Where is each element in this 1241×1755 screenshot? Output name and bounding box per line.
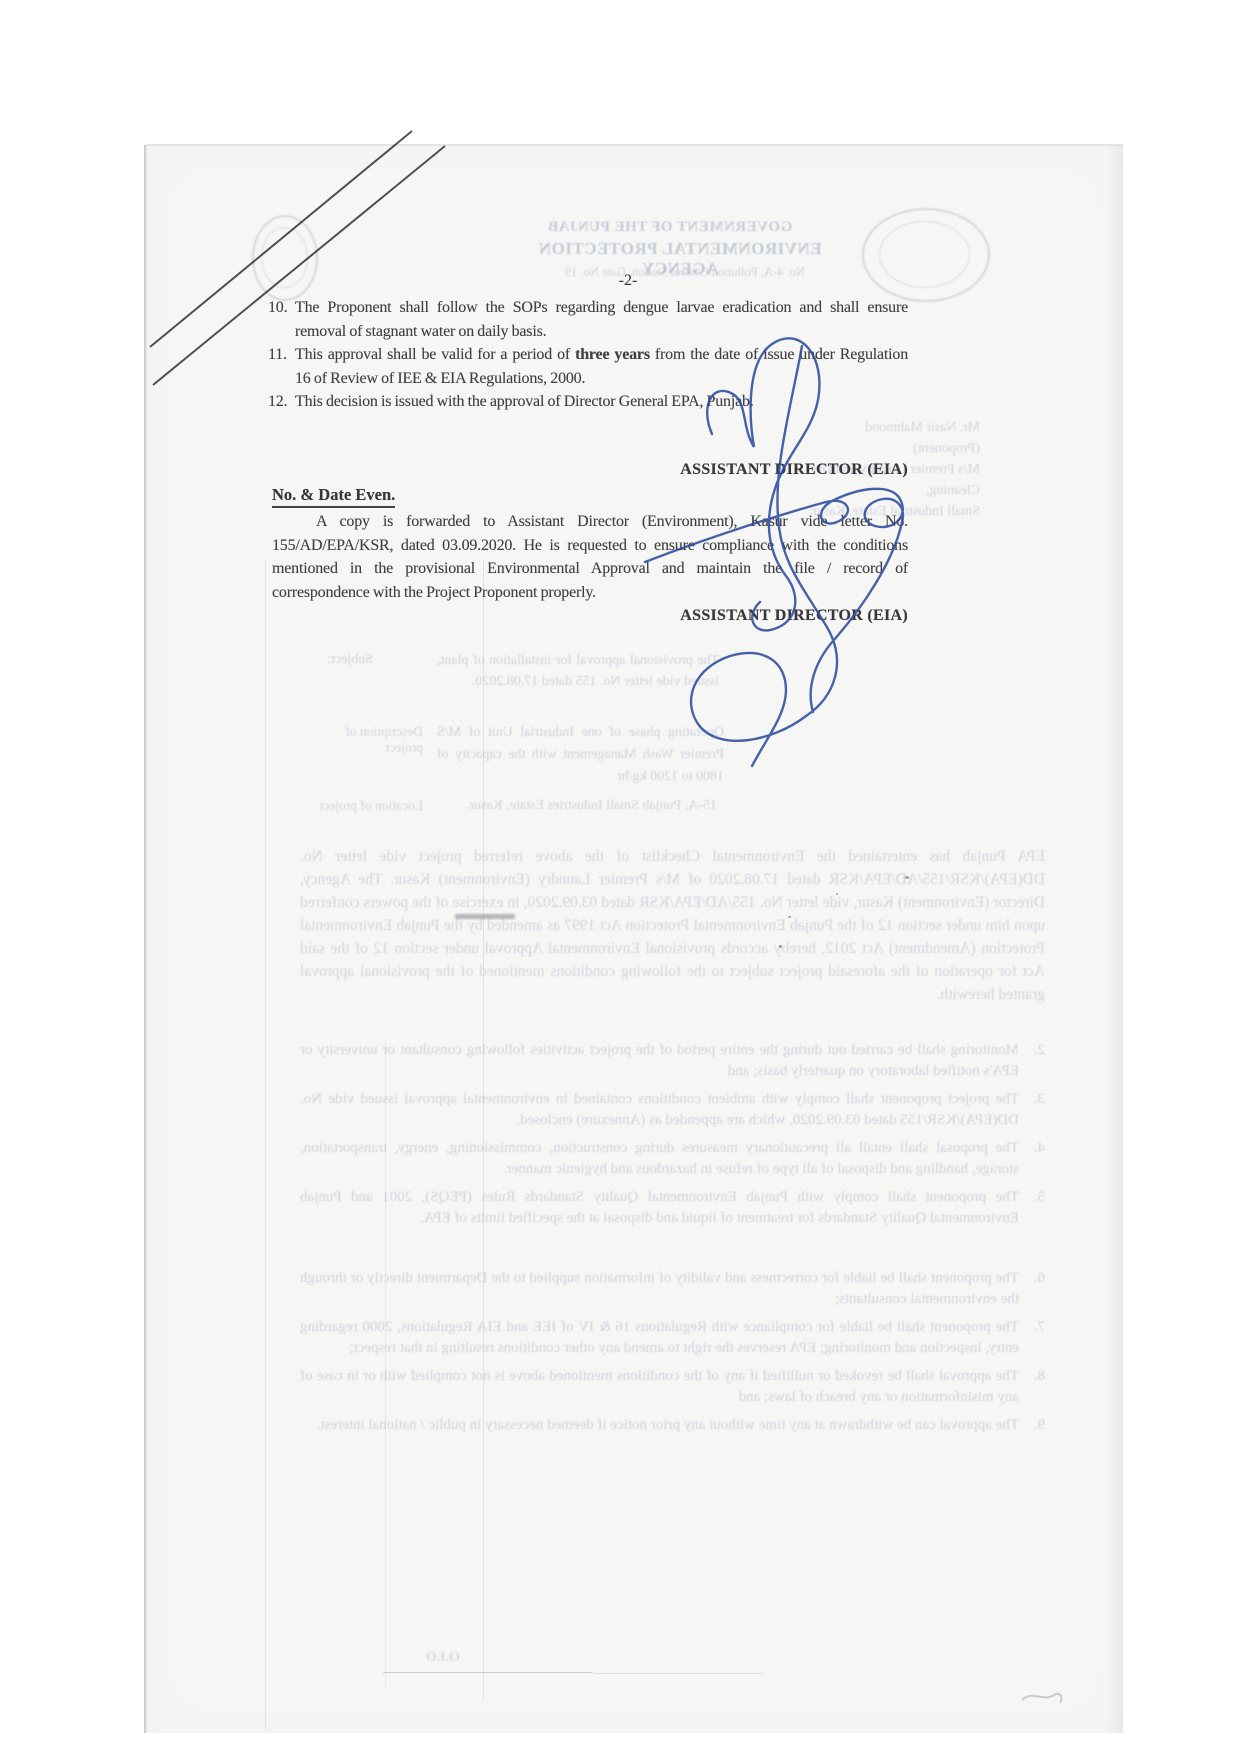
fold-crease-horizontal: [593, 1673, 763, 1674]
condition-text-line: This approval shall be valid for a perio…: [295, 343, 908, 367]
forwarding-paragraph: A copy is forwarded to Assistant Directo…: [272, 510, 908, 604]
bleed-list-item: 9. The approval can be withdrawn at any …: [300, 1415, 1045, 1436]
bleed-list-item: 4. The proposal shall entail all precaut…: [300, 1138, 1045, 1180]
condition-item-11: 11. This approval shall be valid for a p…: [268, 343, 908, 390]
bleed-header-line1: GOVERNMENT OF THE PUNJAB: [540, 219, 800, 236]
scan-speck: [905, 876, 909, 879]
paper-top-edge: [146, 144, 1123, 146]
paragraph-line: A copy is forwarded to Assistant Directo…: [272, 510, 908, 534]
bleed-logo-right: [862, 208, 990, 302]
fold-crease: [265, 560, 266, 1730]
paper-right-edge-shadow: [1106, 145, 1123, 1733]
bleed-list-item: 2. Monitoring shall be carried out durin…: [300, 1040, 1045, 1082]
bold-validity-term: three years: [575, 346, 650, 363]
paper-left-edge: [144, 145, 147, 1733]
bleed-footer-mark: O.I.O: [400, 1650, 460, 1666]
bleed-logo-left-inner: [261, 227, 308, 288]
bleed-address-line2: (Proponent): [775, 438, 980, 459]
scan-speck: [836, 893, 838, 895]
ink-smudge: [455, 914, 515, 919]
bleed-list-item: 7. The proponent shall be liable for com…: [300, 1317, 1045, 1359]
bleed-list-item: 8. The approval shall be revoked or null…: [300, 1366, 1045, 1408]
bleed-subject-label: Subject:: [313, 652, 373, 668]
paragraph-line: correspondence with the Project Proponen…: [272, 581, 908, 605]
assistant-director-signature-title-2: ASSISTANT DIRECTOR (EIA): [268, 607, 908, 625]
condition-text-line: The Proponent shall follow the SOPs rega…: [295, 296, 908, 320]
condition-number: 12.: [268, 390, 287, 414]
scan-speck: [779, 945, 782, 948]
bleed-row1-label: Description of project: [313, 724, 423, 756]
condition-number: 10.: [268, 296, 287, 320]
page-number: -2-: [578, 272, 678, 290]
bleed-row2-label: Location of project: [313, 798, 423, 814]
bleed-list-item: 5. The proponent shall comply with Punja…: [300, 1187, 1045, 1229]
condition-number: 11.: [268, 343, 287, 367]
bleed-row1-value: Operating phase of one Industrial Unit o…: [437, 722, 724, 788]
condition-text-line: This decision is issued with the approva…: [295, 390, 908, 414]
fold-crease: [483, 560, 484, 1700]
no-and-date-heading: No. & Date Even.: [272, 485, 395, 508]
paragraph-line: mentioned in the provisional Environment…: [272, 557, 908, 581]
bleed-list-item: 3. The project proponent shall comply wi…: [300, 1089, 1045, 1131]
conditions-list: 10. The Proponent shall follow the SOPs …: [268, 296, 908, 414]
scan-speck: [788, 916, 791, 918]
paragraph-line: 155/AD/EPA/KSR, dated 03.09.2020. He is …: [272, 534, 908, 558]
fold-crease-horizontal: [383, 1672, 593, 1673]
condition-item-10: 10. The Proponent shall follow the SOPs …: [268, 296, 908, 343]
condition-item-12: 12. This decision is issued with the app…: [268, 390, 908, 414]
bleed-list-item: 6. The proponent shall be liable for cor…: [300, 1268, 1045, 1310]
scanned-letter-page: GOVERNMENT OF THE PUNJAB ENVIRONMENTAL P…: [0, 0, 1241, 1755]
bleed-logo-left: [252, 215, 318, 301]
assistant-director-signature-title-1: ASSISTANT DIRECTOR (EIA): [268, 461, 908, 479]
bleed-list-1: 2. Monitoring shall be carried out durin…: [300, 1040, 1045, 1236]
fold-crease: [385, 1040, 386, 1690]
bleed-row2-value: 15-A, Punjab Small Industries Estate, Ka…: [437, 798, 717, 814]
condition-text-line: removal of stagnant water on daily basis…: [295, 320, 908, 344]
bleed-main-paragraph: EPA Punjab has entertained the Environme…: [300, 845, 1045, 1006]
condition-text-line: 16 of Review of IEE & EIA Regulations, 2…: [295, 367, 908, 391]
bleed-list-2: 6. The proponent shall be liable for cor…: [300, 1268, 1045, 1443]
bleed-address-line1: Mr. Nasir Mahmood: [775, 417, 980, 438]
bleed-subject-value: The provisional approval for installatio…: [437, 650, 719, 692]
bleed-logo-right-inner: [879, 221, 970, 288]
